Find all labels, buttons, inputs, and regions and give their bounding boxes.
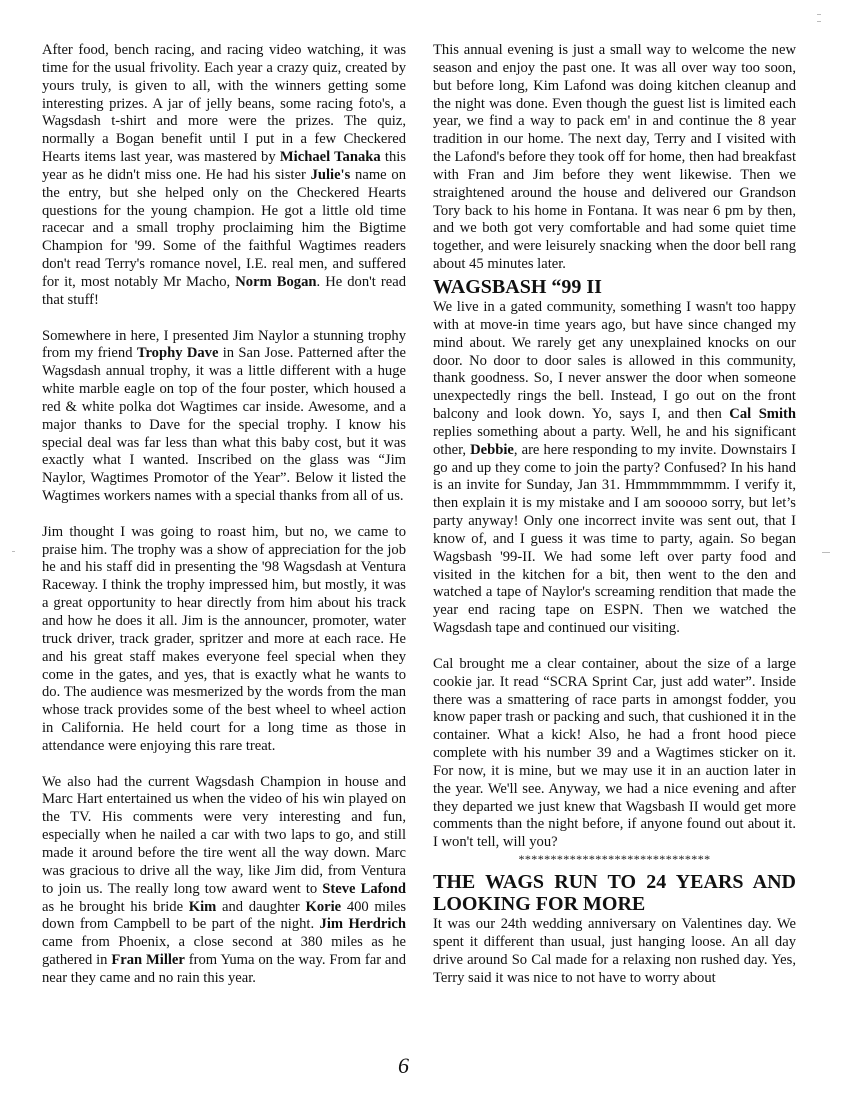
text: We live in a gated community, something …: [433, 299, 796, 422]
paragraph-jim-naylor: Jim thought I was going to roast him, bu…: [42, 524, 406, 756]
paragraph-container-gift: Cal brought me a clear container, about …: [433, 656, 796, 852]
name-trophy-dave: Trophy Dave: [137, 345, 219, 361]
text: as he brought his bride: [42, 899, 189, 915]
scan-mark: [822, 552, 830, 553]
paragraph-anniversary: It was our 24th wedding anniversary on V…: [433, 916, 796, 987]
asterisk-divider: ******************************: [433, 853, 796, 865]
name-debbie: Debbie: [470, 442, 514, 458]
scan-mark: [817, 21, 821, 22]
text: and daughter: [216, 899, 305, 915]
text: name on the entry, but she helped only o…: [42, 167, 406, 290]
name-jim-herdrich: Jim Herdrich: [320, 916, 406, 932]
name-norm-bogan: Norm Bogan: [235, 274, 316, 290]
name-michael-tanaka: Michael Tanaka: [280, 149, 381, 165]
paragraph-annual-evening: This annual evening is just a small way …: [433, 42, 796, 274]
right-column: This annual evening is just a small way …: [433, 42, 796, 988]
paragraph-gated-community: We live in a gated community, something …: [433, 299, 796, 638]
text: After food, bench racing, and racing vid…: [42, 42, 406, 165]
paragraph-trophy: Somewhere in here, I presented Jim Naylo…: [42, 328, 406, 506]
section-heading-24-years: THE WAGS RUN TO 24 YEARS AND LOOKING FOR…: [433, 871, 796, 915]
section-heading-wagsbash: WAGSBASH “99 II: [433, 276, 796, 298]
text: We also had the current Wagsdash Champio…: [42, 774, 406, 897]
page-number: 6: [398, 1053, 409, 1079]
name-kim: Kim: [189, 899, 217, 915]
name-cal-smith: Cal Smith: [729, 406, 796, 422]
name-julie: Julie's: [311, 167, 351, 183]
paragraph-guests: We also had the current Wagsdash Champio…: [42, 774, 406, 988]
scan-mark: [12, 551, 15, 552]
left-column: After food, bench racing, and racing vid…: [42, 42, 406, 988]
name-fran-miller: Fran Miller: [111, 952, 185, 968]
paragraph-quiz: After food, bench racing, and racing vid…: [42, 42, 406, 310]
scan-mark: [817, 14, 821, 15]
name-korie: Korie: [305, 899, 341, 915]
text: in San Jose. Patterned after the Wagsdas…: [42, 345, 406, 504]
name-steve-lafond: Steve Lafond: [322, 881, 406, 897]
text: , are here responding to my invite. Down…: [433, 442, 796, 636]
